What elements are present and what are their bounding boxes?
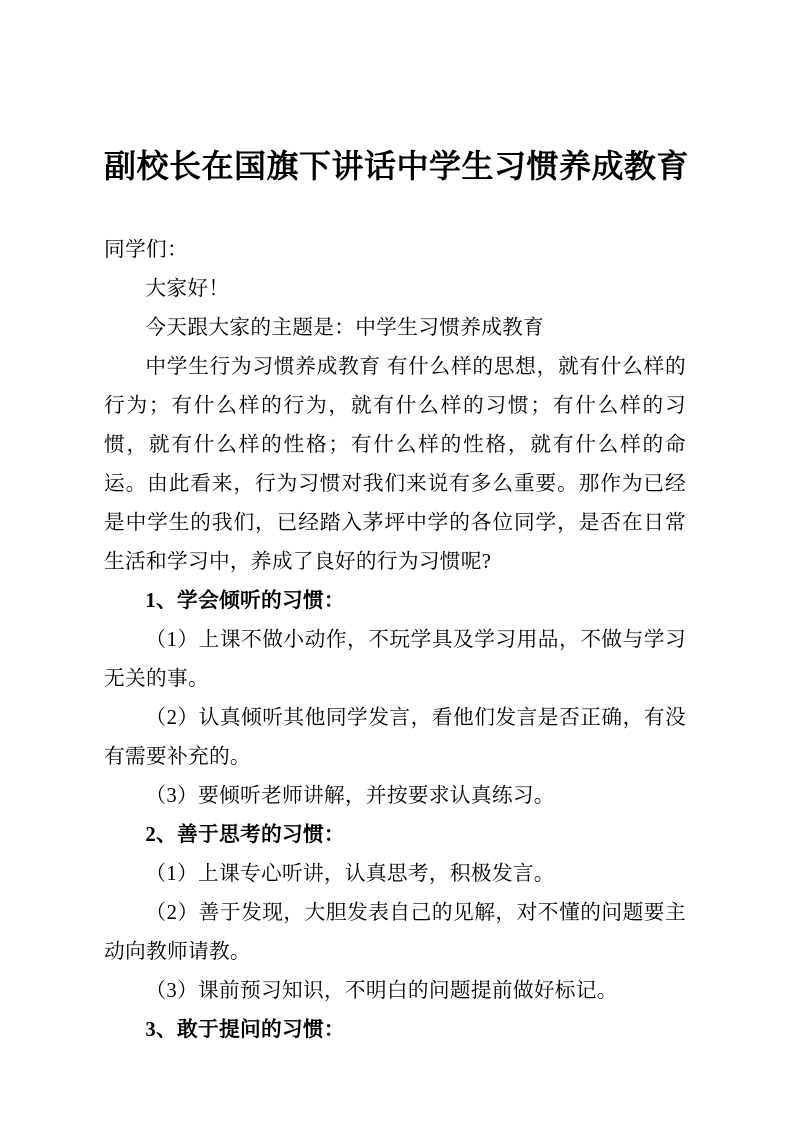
paragraph: （3）课前预习知识，不明白的问题提前做好标记。 [104, 972, 686, 1011]
section-heading: 2、善于思考的习惯： [104, 816, 686, 855]
paragraph: （2）认真倾听其他同学发言，看他们发言是否正确，有没有需要补充的。 [104, 699, 686, 777]
paragraph: （1）上课不做小动作，不玩学具及学习用品，不做与学习无关的事。 [104, 621, 686, 699]
section-heading: 3、敢于提问的习惯： [104, 1011, 686, 1050]
paragraph: 今天跟大家的主题是：中学生习惯养成教育 [104, 309, 686, 348]
paragraph: 大家好！ [104, 270, 686, 309]
document-content: 副校长在国旗下讲话中学生习惯养成教育 同学们：大家好！今天跟大家的主题是：中学生… [104, 0, 686, 1050]
paragraph: （2）善于发现，大胆发表自己的见解，对不懂的问题要主动向教师请教。 [104, 894, 686, 972]
paragraph: （1）上课专心听讲，认真思考，积极发言。 [104, 855, 686, 894]
document-body: 同学们：大家好！今天跟大家的主题是：中学生习惯养成教育中学生行为习惯养成教育 有… [104, 231, 686, 1050]
section-heading: 1、学会倾听的习惯： [104, 582, 686, 621]
paragraph: （3）要倾听老师讲解，并按要求认真练习。 [104, 777, 686, 816]
paragraph: 同学们： [104, 231, 686, 270]
paragraph: 中学生行为习惯养成教育 有什么样的思想，就有什么样的行为；有什么样的行为，就有什… [104, 348, 686, 582]
document-title: 副校长在国旗下讲话中学生习惯养成教育 [104, 146, 686, 187]
document-page: 副校长在国旗下讲话中学生习惯养成教育 同学们：大家好！今天跟大家的主题是：中学生… [0, 0, 793, 1122]
